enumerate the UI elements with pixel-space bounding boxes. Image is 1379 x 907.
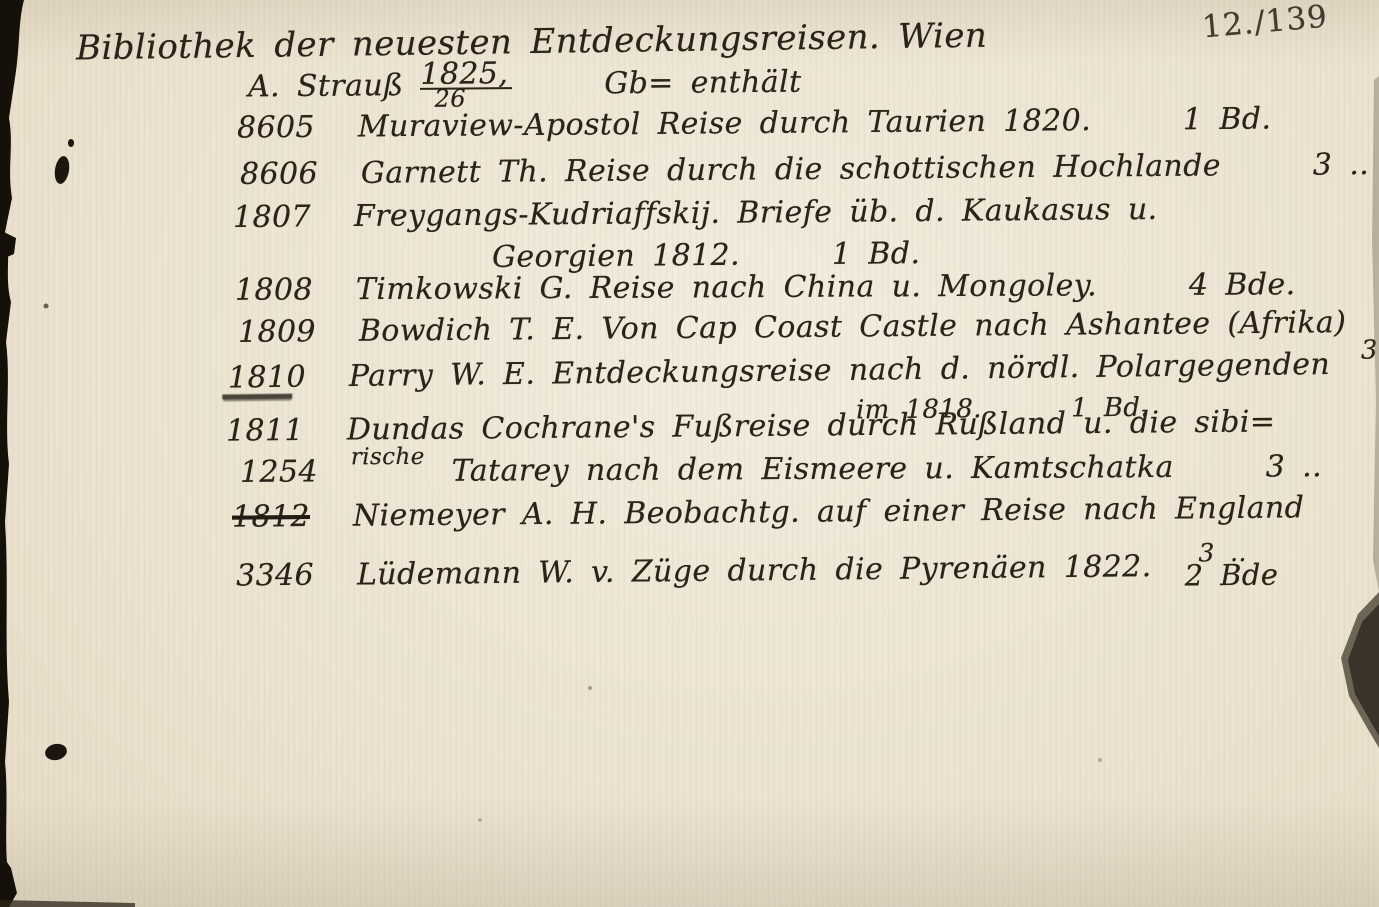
volume-count: 3 .. — [1313, 147, 1370, 182]
catalog-entry-line: 1809 Bowdich T. E. Von Cap Coast Castle … — [238, 305, 1347, 350]
catalog-entry-line: 8606 Garnett Th. Reise durch die schotti… — [240, 147, 1369, 192]
catalog-entry-line: 1254 rische Tatarey nach dem Eismeere u.… — [240, 449, 1322, 490]
catalog-entry-line: 1812 Niemeyer A. H. Beobachtg. auf einer… — [232, 490, 1305, 534]
volume-count: 4 Bde. — [1189, 267, 1296, 303]
imprint-gap — [529, 93, 587, 94]
bottom-edge-shadow — [0, 900, 135, 907]
catalog-entry-line: 1807 Freygangs-Kudriaffskij. Briefe üb. … — [233, 192, 1158, 235]
entry-text: Bowdich T. E. Von Cap Coast Castle nach … — [359, 305, 1347, 349]
catalog-entry-line: 3346 Lüdemann W. v. Züge durch die Pyren… — [236, 532, 1279, 594]
imprint-year-bottom: 26 — [421, 89, 513, 109]
paper-speck-2 — [588, 686, 592, 690]
entry-text: Tatarey nach dem Eismeere u. Kamtschatka — [452, 450, 1174, 489]
entry-number: 8606 — [240, 156, 318, 192]
entry-number-struck: 1812 — [232, 499, 310, 535]
catalog-entry-line: 1811 Dundas Cochrane's Fußreise durch Ru… — [226, 404, 1276, 448]
entry-number: 1808 — [235, 272, 313, 307]
entry-text: Muraview-Apostol Reise durch Taurien 182… — [358, 103, 1091, 144]
inserted-word: rische — [351, 444, 425, 470]
ink-blot-upper-left — [53, 155, 71, 185]
imprint-format-note: Gb= enthält — [604, 65, 802, 102]
catalog-entry-line: 1810 Parry W. E. Entdeckungsreise nach d… — [228, 346, 1379, 396]
ink-blot-lower-left — [44, 742, 69, 762]
page-title: Bibliothek der neuesten Entdeckungsreise… — [76, 16, 988, 69]
right-edge-shadow — [1372, 76, 1379, 592]
entry-text: Parry W. E. Entdeckungsreise nach d. nör… — [349, 347, 1331, 394]
manuscript-page: 12./139 Bibliothek der neuesten Entdecku… — [0, 0, 1379, 907]
catalog-entry-line: 1808 Timkowski G. Reise nach China u. Mo… — [235, 267, 1296, 308]
entry-number: 1809 — [238, 314, 316, 350]
entry-number: 8605 — [237, 110, 315, 146]
entry-text: Lüdemann W. v. Züge durch die Pyrenäen 1… — [357, 549, 1152, 592]
imprint-line: A. Strauß 1825, 26 Gb= enthält — [248, 60, 802, 111]
right-torn-notch — [1341, 592, 1379, 748]
imprint-year-fraction: 1825, 26 — [420, 62, 512, 109]
paper-speck-4 — [478, 818, 482, 822]
right-torn-notch-inner — [1348, 604, 1379, 736]
entry-number: 1254 — [240, 454, 318, 489]
entry-text: Freygangs-Kudriaffskij. Briefe üb. d. Ka… — [354, 192, 1158, 234]
entry-text: Georgien 1812. — [492, 238, 740, 275]
volume-correction-stack: 3 .. 2 Bde — [1184, 542, 1278, 589]
volume-count: 1 Bd. — [832, 236, 921, 272]
entry-gap — [1238, 175, 1296, 176]
entry-number: 3346 — [236, 558, 314, 594]
archival-number: 12./139 — [1201, 0, 1330, 45]
entry-text: Garnett Th. Reise durch die schottischen… — [361, 148, 1221, 191]
entry-text: Timkowski G. Reise nach China u. Mongole… — [356, 268, 1097, 307]
bottom-left-corner-tear — [0, 852, 17, 907]
entry-number: 1810 — [228, 359, 306, 395]
entry-number: 1811 — [226, 413, 304, 449]
imprint-publisher: A. Strauß — [248, 68, 404, 104]
ink-blot-upper-left-small — [68, 139, 74, 147]
left-torn-edge — [0, 0, 24, 907]
volume-count: 2 Bde — [1185, 563, 1279, 589]
volume-count: 1 Bd. — [1183, 101, 1272, 137]
entry-gap — [757, 264, 815, 265]
left-edge-bump — [0, 230, 16, 260]
entry-number: 1807 — [233, 199, 311, 235]
entry-text: Niemeyer A. H. Beobachtg. auf einer Reis… — [353, 490, 1305, 533]
volume-count: 3 .. — [1266, 449, 1322, 484]
paper-speck-1 — [44, 304, 49, 309]
entry-text: Dundas Cochrane's Fußreise durch Rußland… — [347, 404, 1276, 447]
volume-correction: 3 Bde — [1361, 335, 1379, 366]
entry-gap — [1108, 129, 1166, 130]
paper-speck-3 — [1098, 758, 1102, 762]
